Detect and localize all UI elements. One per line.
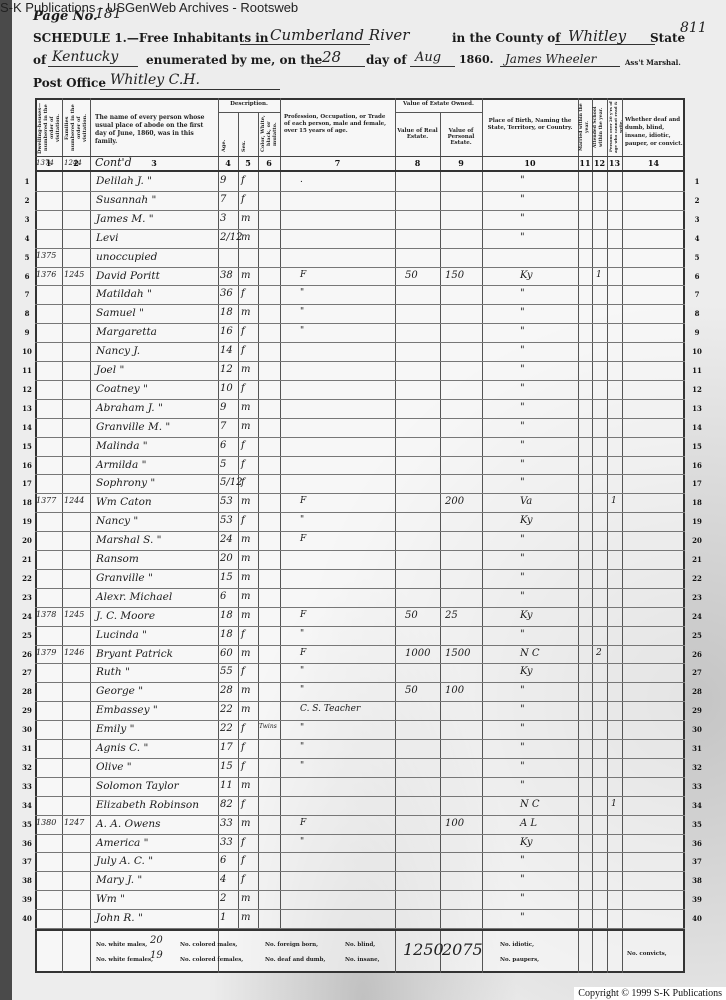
- colored-males-label: No. colored males,: [180, 942, 237, 948]
- idiotic-label: No. idiotic,: [500, 942, 534, 948]
- row-number-left: 15: [20, 442, 34, 451]
- sex-value: m: [241, 685, 250, 696]
- row-number-right: 28: [690, 687, 704, 696]
- sex-value: f: [241, 723, 245, 734]
- birthplace-value: ": [520, 723, 525, 734]
- person-name: Embassey ": [96, 704, 158, 716]
- birthplace-value: Ky: [520, 837, 532, 848]
- family-number: 1246: [64, 648, 84, 657]
- row-number-right: 1: [690, 177, 704, 186]
- copyright-notice: Copyright © 1999 S-K Publications: [574, 987, 726, 1000]
- row-number-left: 8: [20, 309, 34, 318]
- state-value: Kentucky: [52, 49, 118, 65]
- person-name: A. A. Owens: [96, 818, 160, 830]
- row-number-right: 29: [690, 706, 704, 715]
- real-estate-value: 50: [405, 610, 418, 621]
- person-name: July A. C. ": [96, 855, 153, 867]
- age-value: 15: [220, 572, 233, 583]
- row-number-right: 12: [690, 385, 704, 394]
- row-number-right: 37: [690, 857, 704, 866]
- row-number-right: 10: [690, 347, 704, 356]
- sex-value: m: [241, 270, 250, 281]
- age-value: 6: [220, 591, 226, 602]
- birthplace-value: N C: [520, 799, 540, 810]
- row-number-right: 33: [690, 782, 704, 791]
- sex-value: f: [241, 288, 245, 299]
- person-name: Agnis C. ": [96, 742, 148, 754]
- carryover-dwelling: 1374: [36, 159, 54, 167]
- person-name: Armilda ": [96, 459, 146, 471]
- person-name: America ": [96, 837, 148, 849]
- row-number-left: 30: [20, 725, 34, 734]
- personal-estate-value: 200: [445, 496, 464, 507]
- age-value: 10: [220, 383, 233, 394]
- age-value: 38: [220, 270, 233, 281]
- age-value: 5: [220, 459, 226, 470]
- deaf-dumb-label: No. deaf and dumb,: [265, 957, 325, 963]
- row-number-left: 24: [20, 612, 34, 621]
- occupation-value: ": [300, 288, 304, 298]
- occupation-value: ": [300, 837, 304, 847]
- school-mark: 2: [596, 648, 602, 658]
- row-number-left: 18: [20, 498, 34, 507]
- birthplace-value: Ky: [520, 666, 532, 677]
- birthplace-value: ": [520, 383, 525, 394]
- sex-value: m: [241, 232, 250, 243]
- census-page: S-K Publications - USGenWeb Archives - R…: [0, 0, 726, 1000]
- month-value: Aug: [415, 50, 441, 65]
- age-value: 16: [220, 326, 233, 337]
- real-estate-value: 50: [405, 685, 418, 696]
- row-number-right: 30: [690, 725, 704, 734]
- real-estate-total: 1250: [403, 940, 444, 959]
- person-name: Elizabeth Robinson: [96, 799, 199, 811]
- sex-value: f: [241, 459, 245, 470]
- row-number-left: 4: [20, 234, 34, 243]
- sex-value: f: [241, 742, 245, 753]
- birthplace-value: ": [520, 288, 525, 299]
- age-value: 1: [220, 912, 226, 923]
- day-of-label: day of: [366, 53, 406, 67]
- row-number-left: 2: [20, 196, 34, 205]
- row-number-left: 32: [20, 763, 34, 772]
- age-value: 7: [220, 194, 226, 205]
- row-number-left: 5: [20, 253, 34, 262]
- person-name: Mary J. ": [96, 874, 142, 886]
- age-value: 36: [220, 288, 233, 299]
- enumerated-label: enumerated by me, on the: [146, 53, 322, 67]
- real-estate-value: 1000: [405, 648, 430, 659]
- col-name-header: The name of every person whose usual pla…: [95, 114, 215, 146]
- birthplace-value: ": [520, 307, 525, 318]
- sex-value: m: [241, 704, 250, 715]
- row-number-left: 1: [20, 177, 34, 186]
- birthplace-value: ": [520, 440, 525, 451]
- scan-edge: [0, 0, 12, 1000]
- sex-value: f: [241, 440, 245, 451]
- col-school-header: Attended School within the year.: [593, 100, 606, 154]
- age-value: 18: [220, 307, 233, 318]
- occupation-value: ": [300, 307, 304, 317]
- occupation-value: ": [300, 515, 304, 525]
- row-number-left: 28: [20, 687, 34, 696]
- occupation-value: ": [300, 629, 304, 639]
- birthplace-value: ": [520, 534, 525, 545]
- row-number-right: 31: [690, 744, 704, 753]
- age-value: 53: [220, 496, 233, 507]
- person-name: Delilah J. ": [96, 175, 152, 187]
- illiterate-mark: 1: [611, 799, 617, 809]
- occupation-value: F: [300, 270, 306, 280]
- age-value: 15: [220, 761, 233, 772]
- row-number-right: 26: [690, 650, 704, 659]
- value-estate-header: Value of Estate Owned.: [395, 101, 482, 107]
- row-number-right: 7: [690, 290, 704, 299]
- birthplace-value: A L: [520, 818, 537, 829]
- person-name: Lucinda ": [96, 629, 147, 641]
- age-value: 82: [220, 799, 233, 810]
- row-number-right: 20: [690, 536, 704, 545]
- county-label: in the County of: [452, 31, 560, 45]
- state-label: State: [650, 31, 685, 45]
- row-number-right: 25: [690, 631, 704, 640]
- age-value: 9: [220, 175, 226, 186]
- insane-label: No. insane,: [345, 957, 380, 963]
- person-name: Sophrony ": [96, 477, 155, 489]
- birthplace-value: ": [520, 742, 525, 753]
- row-number-left: 17: [20, 479, 34, 488]
- person-name: Nancy ": [96, 515, 138, 527]
- dwelling-number: 1380: [36, 818, 56, 827]
- row-number-right: 21: [690, 555, 704, 564]
- col-birthplace-header: Place of Birth, Naming the State, Territ…: [486, 118, 574, 132]
- row-number-left: 34: [20, 801, 34, 810]
- col-real-estate-header: Value of Real Estate.: [397, 128, 438, 140]
- sex-value: f: [241, 175, 245, 186]
- row-number-left: 6: [20, 272, 34, 281]
- row-number-right: 14: [690, 423, 704, 432]
- age-value: 5/12: [220, 477, 242, 488]
- row-number-left: 40: [20, 914, 34, 923]
- sex-value: m: [241, 912, 250, 923]
- occupation-value: ": [300, 723, 304, 733]
- family-number: 1245: [64, 270, 84, 279]
- sex-value: m: [241, 496, 250, 507]
- year-value: 1860.: [459, 53, 493, 66]
- real-estate-value: 50: [405, 270, 418, 281]
- birthplace-value: ": [520, 912, 525, 923]
- row-number-right: 8: [690, 309, 704, 318]
- sex-value: m: [241, 307, 250, 318]
- age-value: 7: [220, 421, 226, 432]
- row-number-left: 3: [20, 215, 34, 224]
- row-number-left: 11: [20, 366, 34, 375]
- age-value: 6: [220, 440, 226, 451]
- carryover-family: 1244: [64, 159, 82, 167]
- occupation-value: F: [300, 496, 306, 506]
- birthplace-value: ": [520, 572, 525, 583]
- age-value: 18: [220, 610, 233, 621]
- age-value: 53: [220, 515, 233, 526]
- person-name: Joel ": [96, 364, 124, 376]
- row-number-left: 19: [20, 517, 34, 526]
- row-number-left: 31: [20, 744, 34, 753]
- row-number-right: 23: [690, 593, 704, 602]
- white-males-value: 20: [150, 935, 163, 946]
- of-label: of: [33, 53, 46, 67]
- row-number-left: 23: [20, 593, 34, 602]
- birthplace-value: ": [520, 364, 525, 375]
- row-number-left: 29: [20, 706, 34, 715]
- row-number-left: 16: [20, 461, 34, 470]
- page-number-label: Page No.: [33, 9, 98, 24]
- paupers-label: No. paupers,: [500, 957, 539, 963]
- birthplace-value: Va: [520, 496, 532, 507]
- sex-value: f: [241, 477, 245, 488]
- personal-estate-value: 25: [445, 610, 458, 621]
- occupation-value: ": [300, 666, 304, 676]
- age-value: 2: [220, 893, 226, 904]
- age-value: 12: [220, 364, 233, 375]
- dwelling-number: 1379: [36, 648, 56, 657]
- person-name: James M. ": [96, 213, 154, 225]
- col-occupation-header: Profession, Occupation, or Trade of each…: [284, 114, 392, 135]
- sex-value: f: [241, 515, 245, 526]
- col-disability-header: Whether deaf and dumb, blind, insane, id…: [625, 116, 683, 148]
- row-number-left: 14: [20, 423, 34, 432]
- person-name: David Poritt: [96, 270, 160, 282]
- row-number-right: 3: [690, 215, 704, 224]
- row-number-left: 37: [20, 857, 34, 866]
- row-number-left: 9: [20, 328, 34, 337]
- white-females-value: 19: [150, 950, 163, 961]
- age-value: 3: [220, 213, 226, 224]
- birthplace-value: ": [520, 855, 525, 866]
- person-name: Susannah ": [96, 194, 156, 206]
- birthplace-value: Ky: [520, 610, 532, 621]
- age-value: 33: [220, 837, 233, 848]
- age-value: 22: [220, 704, 233, 715]
- sex-value: m: [241, 572, 250, 583]
- person-name: Samuel ": [96, 307, 144, 319]
- sex-value: f: [241, 855, 245, 866]
- dwelling-number: 1375: [36, 251, 56, 260]
- row-number-right: 16: [690, 461, 704, 470]
- row-number-right: 22: [690, 574, 704, 583]
- birthplace-value: ": [520, 761, 525, 772]
- dwelling-number: 1378: [36, 610, 56, 619]
- birthplace-value: ": [520, 175, 525, 186]
- birthplace-value: ": [520, 591, 525, 602]
- family-number: 1244: [64, 496, 84, 505]
- row-number-right: 35: [690, 820, 704, 829]
- person-name: Emily ": [96, 723, 134, 735]
- birthplace-value: Ky: [520, 270, 532, 281]
- age-value: 24: [220, 534, 233, 545]
- sex-value: f: [241, 383, 245, 394]
- row-number-left: 35: [20, 820, 34, 829]
- district-value: Cumberland River: [270, 26, 409, 44]
- age-value: 22: [220, 723, 233, 734]
- row-number-right: 32: [690, 763, 704, 772]
- day-value: 28: [322, 48, 341, 66]
- occupation-value: .: [300, 175, 303, 185]
- sex-value: m: [241, 648, 250, 659]
- personal-estate-value: 150: [445, 270, 464, 281]
- birthplace-value: ": [520, 345, 525, 356]
- birthplace-value: ": [520, 213, 525, 224]
- sex-value: m: [241, 364, 250, 375]
- age-value: 18: [220, 629, 233, 640]
- personal-estate-value: 1500: [445, 648, 470, 659]
- row-number-right: 24: [690, 612, 704, 621]
- family-number: 1245: [64, 610, 84, 619]
- row-number-right: 2: [690, 196, 704, 205]
- sex-value: m: [241, 402, 250, 413]
- person-name: Malinda ": [96, 440, 148, 452]
- illiterate-mark: 1: [611, 496, 617, 506]
- carryover-name: Cont'd: [95, 156, 132, 169]
- age-value: 60: [220, 648, 233, 659]
- birthplace-value: N C: [520, 648, 540, 659]
- person-name: Ransom: [96, 553, 139, 565]
- person-name: Wm Caton: [96, 496, 152, 508]
- row-number-right: 4: [690, 234, 704, 243]
- birthplace-value: ": [520, 402, 525, 413]
- row-number-left: 12: [20, 385, 34, 394]
- row-number-right: 11: [690, 366, 704, 375]
- marshal-label: Ass't Marshal.: [625, 58, 681, 67]
- foreign-born-label: No. foreign born,: [265, 942, 318, 948]
- sex-value: f: [241, 761, 245, 772]
- row-number-left: 13: [20, 404, 34, 413]
- row-number-right: 40: [690, 914, 704, 923]
- occupation-value: ": [300, 326, 304, 336]
- occupation-value: F: [300, 648, 306, 658]
- row-number-left: 7: [20, 290, 34, 299]
- row-number-left: 10: [20, 347, 34, 356]
- person-name: Ruth ": [96, 666, 130, 678]
- col-color-header: Color, White, black, or mulatto.: [260, 114, 278, 154]
- birthplace-value: ": [520, 704, 525, 715]
- occupation-value: F: [300, 610, 306, 620]
- age-value: 33: [220, 818, 233, 829]
- age-value: 2/12: [220, 232, 242, 243]
- row-number-left: 26: [20, 650, 34, 659]
- sex-value: f: [241, 326, 245, 337]
- schedule-title: SCHEDULE 1.—Free Inhabitants in: [33, 31, 269, 45]
- birthplace-value: ": [520, 893, 525, 904]
- sex-value: f: [241, 874, 245, 885]
- sex-value: m: [241, 421, 250, 432]
- row-number-right: 39: [690, 895, 704, 904]
- row-number-right: 15: [690, 442, 704, 451]
- row-number-left: 33: [20, 782, 34, 791]
- sex-value: m: [241, 213, 250, 224]
- person-name: Coatney ": [96, 383, 148, 395]
- birthplace-value: ": [520, 232, 525, 243]
- row-number-right: 27: [690, 668, 704, 677]
- page-number: 181: [95, 6, 122, 22]
- occupation-value: C. S. Teacher: [300, 704, 360, 714]
- marshal-signature: James Wheeler: [505, 52, 596, 66]
- person-name: Granville M. ": [96, 421, 170, 433]
- white-males-label: No. white males,: [96, 942, 147, 948]
- row-number-left: 25: [20, 631, 34, 640]
- age-value: 9: [220, 402, 226, 413]
- person-name: Matildah ": [96, 288, 152, 300]
- white-females-label: No. white females,: [96, 957, 153, 963]
- personal-estate-value: 100: [445, 818, 464, 829]
- row-number-right: 34: [690, 801, 704, 810]
- age-value: 17: [220, 742, 233, 753]
- sex-value: m: [241, 534, 250, 545]
- convicts-label: No. convicts,: [627, 951, 667, 957]
- person-name: Nancy J.: [96, 345, 140, 357]
- person-name: Olive ": [96, 761, 132, 773]
- col-family-header: Families numbered in the order of visita…: [64, 102, 88, 154]
- sex-value: m: [241, 780, 250, 791]
- col-dwelling-header: Dwelling-houses—numbered in the order of…: [37, 102, 60, 154]
- person-name: Wm ": [96, 893, 125, 905]
- row-number-right: 13: [690, 404, 704, 413]
- post-office-label: Post Office: [33, 76, 106, 90]
- age-value: 6: [220, 855, 226, 866]
- person-name: Abraham J. ": [96, 402, 163, 414]
- sex-value: f: [241, 194, 245, 205]
- age-value: 55: [220, 666, 233, 677]
- row-number-left: 38: [20, 876, 34, 885]
- age-value: 28: [220, 685, 233, 696]
- sex-value: m: [241, 553, 250, 564]
- row-number-right: 9: [690, 328, 704, 337]
- sex-value: m: [241, 893, 250, 904]
- person-name: Marshal S. ": [96, 534, 161, 546]
- sex-value: f: [241, 666, 245, 677]
- person-name: George ": [96, 685, 143, 697]
- birthplace-value: ": [520, 685, 525, 696]
- sex-value: m: [241, 818, 250, 829]
- person-name: Bryant Patrick: [96, 648, 173, 660]
- row-number-right: 38: [690, 876, 704, 885]
- sex-value: f: [241, 345, 245, 356]
- sex-value: f: [241, 629, 245, 640]
- row-number-right: 6: [690, 272, 704, 281]
- birthplace-value: ": [520, 553, 525, 564]
- col-personal-estate-header: Value of Personal Estate.: [442, 128, 480, 146]
- col-illiterate-header: Persons over 20 y'rs of age who cannot r…: [608, 100, 621, 154]
- birthplace-value: ": [520, 326, 525, 337]
- col-sex-header: Sex.: [241, 138, 255, 154]
- personal-estate-total: 2075: [442, 940, 483, 959]
- row-number-right: 5: [690, 253, 704, 262]
- county-value: Whitley: [568, 27, 626, 45]
- birthplace-value: ": [520, 874, 525, 885]
- dwelling-number: 1377: [36, 496, 56, 505]
- person-name: Solomon Taylor: [96, 780, 179, 792]
- occupation-value: F: [300, 534, 306, 544]
- row-number-left: 27: [20, 668, 34, 677]
- row-number-left: 20: [20, 536, 34, 545]
- person-name: unoccupied: [96, 251, 157, 263]
- person-name: Levi: [96, 232, 118, 244]
- description-header: Description.: [218, 101, 280, 107]
- row-number-left: 21: [20, 555, 34, 564]
- colored-females-label: No. colored females,: [180, 957, 243, 963]
- birthplace-value: ": [520, 459, 525, 470]
- col-age-header: Age.: [221, 138, 235, 154]
- sex-value: m: [241, 610, 250, 621]
